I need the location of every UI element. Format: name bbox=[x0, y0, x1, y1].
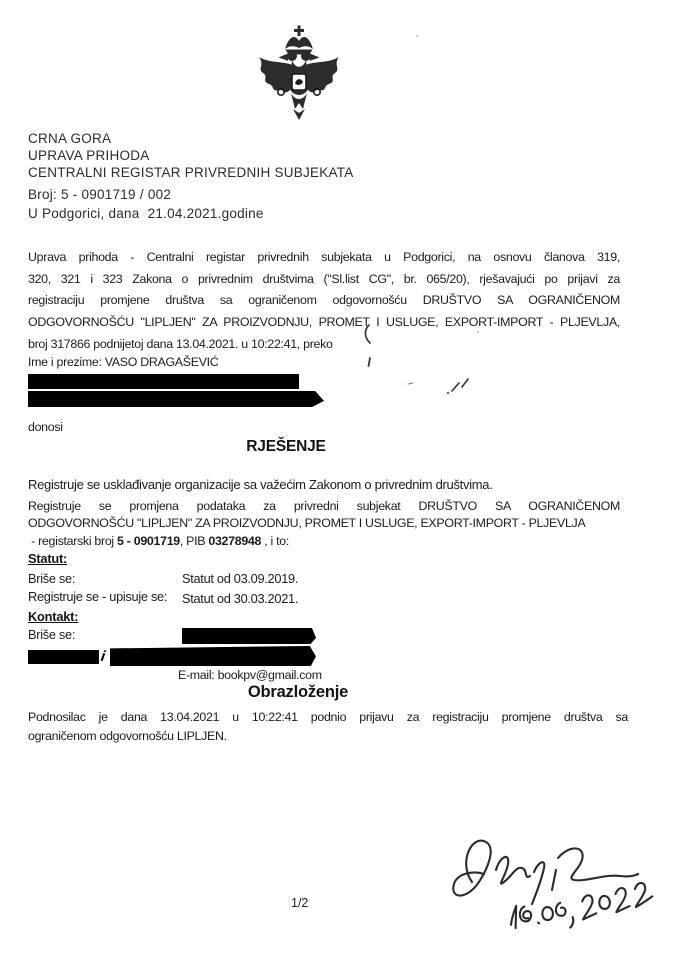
letterhead-office: UPRAVA PRIHODA bbox=[28, 148, 150, 163]
decision-line: ODGOVORNOŠĆU "LIPLJEN" ZA PROIZVODNJU, P… bbox=[28, 515, 620, 532]
obrazlozenje-line: ograničenom odgovornošću LIPLJEN. bbox=[28, 727, 628, 746]
decision-title: RJEŠENJE bbox=[246, 438, 325, 456]
redaction-bar bbox=[110, 646, 316, 666]
place-date-line: U Podgorici, dana 21.04.2021.godine bbox=[28, 206, 264, 221]
decision-line: Registruje se promjena podataka za privr… bbox=[28, 498, 620, 515]
page-number: 1/2 bbox=[291, 896, 308, 910]
letterhead-country: CRNA GORA bbox=[28, 131, 111, 146]
registry-number-line: - registarski broj 5 - 0901719, PIB 0327… bbox=[28, 534, 289, 548]
obrazlozenje-title: Obrazloženje bbox=[248, 683, 348, 702]
submitter-name-line: Ime i prezime: VASO DRAGAŠEVIĆ bbox=[28, 355, 218, 369]
statut-row-label: Briše se: bbox=[28, 571, 75, 586]
statut-heading: Statut: bbox=[28, 551, 67, 566]
kontakt-brise-label: Briše se: bbox=[28, 627, 75, 642]
intro-line: broj 317866 podnijetoj dana 13.04.2021. … bbox=[28, 334, 620, 356]
registry-line-suffix: , i to: bbox=[261, 534, 289, 548]
pib-number: 03278948 bbox=[208, 534, 261, 548]
statut-row-value: Statut od 30.03.2021. bbox=[182, 591, 298, 606]
document-page: CRNA GORA UPRAVA PRIHODA CENTRALNI REGIS… bbox=[0, 0, 679, 960]
intro-paragraph: Uprava prihoda - Centralni registar priv… bbox=[28, 247, 620, 356]
statut-row-label: Registruje se - upisuje se: bbox=[28, 589, 167, 604]
obrazlozenje-line: Podnosilac je dana 13.04.2021 u 10:22:41… bbox=[28, 708, 628, 727]
intro-line: registraciju promjene društva sa ogranič… bbox=[28, 290, 620, 312]
signature-scribble-icon bbox=[438, 818, 668, 953]
intro-line: 320, 321 i 323 Zakona o privrednim društ… bbox=[28, 269, 620, 291]
donosi-label: donosi bbox=[28, 420, 63, 434]
redaction-bar bbox=[182, 628, 316, 644]
decision-paragraph: Registruje se promjena podataka za privr… bbox=[28, 498, 620, 532]
letterhead-registry: CENTRALNI REGISTAR PRIVREDNIH SUBJEKATA bbox=[28, 165, 354, 180]
redaction-bar bbox=[28, 374, 299, 389]
registry-line-mid: , PIB bbox=[180, 534, 209, 548]
intro-line: ODGOVORNOŠĆU "LIPLJEN" ZA PROIZVODNJU, P… bbox=[28, 312, 620, 334]
redaction-bar bbox=[28, 650, 99, 664]
conjunction-text: i bbox=[100, 648, 106, 665]
obrazlozenje-paragraph: Podnosilac je dana 13.04.2021 u 10:22:41… bbox=[28, 708, 628, 746]
statut-row-value: Statut od 03.09.2019. bbox=[182, 571, 298, 586]
montenegro-coat-of-arms-icon bbox=[251, 25, 347, 123]
registry-number: 5 - 0901719 bbox=[117, 534, 180, 548]
kontakt-heading: Kontakt: bbox=[28, 609, 78, 624]
intro-line: Uprava prihoda - Centralni registar priv… bbox=[28, 247, 620, 269]
email-line: E-mail: bookpv@gmail.com bbox=[178, 668, 322, 682]
case-number-line: Broj: 5 - 0901719 / 002 bbox=[28, 187, 171, 202]
registry-line-prefix: - registarski broj bbox=[28, 534, 117, 548]
decision-uskladjivanje-line: Registruje se usklađivanje organizacije … bbox=[28, 477, 493, 492]
redaction-bar bbox=[28, 391, 324, 407]
